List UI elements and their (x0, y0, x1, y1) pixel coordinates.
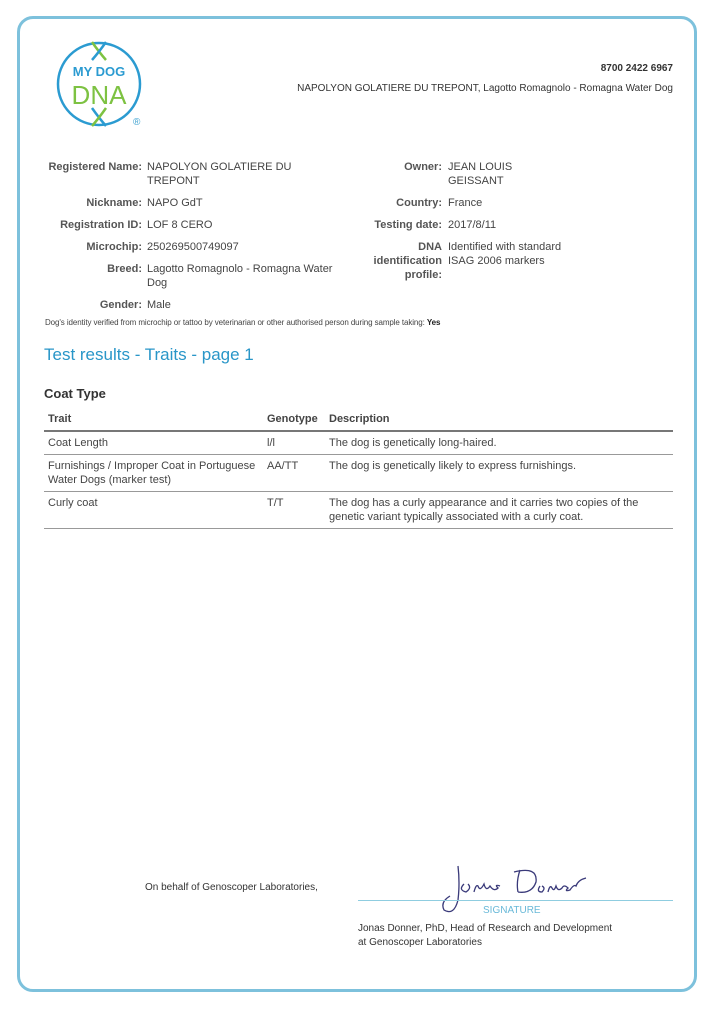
info-row-country: Country: France (364, 196, 588, 210)
info-row-gender: Gender: Male (44, 298, 357, 312)
identity-verification: Dog's identity verified from microchip o… (45, 318, 440, 327)
info-label: Country: (364, 196, 442, 210)
section-coat-type: Coat Type (44, 386, 106, 401)
signature-line (358, 900, 673, 901)
genotype-cell: l/l (263, 431, 325, 455)
info-value: Lagotto Romagnolo - Romagna Water Dog (147, 262, 352, 290)
table-row: Curly coat T/T The dog has a curly appea… (44, 492, 673, 529)
info-value: 250269500749097 (147, 240, 357, 254)
info-value: LOF 8 CERO (147, 218, 357, 232)
info-row-testing-date: Testing date: 2017/8/11 (364, 218, 588, 232)
description-cell: The dog is genetically likely to express… (325, 455, 673, 492)
info-value: NAPOLYON GOLATIERE DU TREPONT (147, 160, 317, 188)
table-header-row: Trait Genotype Description (44, 410, 673, 431)
trait-cell: Furnishings / Improper Coat in Portugues… (44, 455, 263, 492)
trait-cell: Coat Length (44, 431, 263, 455)
column-trait: Trait (44, 410, 263, 431)
table-row: Furnishings / Improper Coat in Portugues… (44, 455, 673, 492)
info-row-owner: Owner: JEAN LOUIS GEISSANT (364, 160, 538, 188)
genotype-cell: T/T (263, 492, 325, 529)
info-label: Nickname: (44, 196, 142, 210)
description-cell: The dog is genetically long-haired. (325, 431, 673, 455)
table-row: Coat Length l/l The dog is genetically l… (44, 431, 673, 455)
on-behalf-text: On behalf of Genoscoper Laboratories, (145, 882, 318, 893)
info-label: DNA identification profile: (364, 240, 442, 282)
info-label: Registration ID: (44, 218, 142, 232)
info-value: NAPO GdT (147, 196, 357, 210)
column-genotype: Genotype (263, 410, 325, 431)
registered-mark: ® (133, 117, 140, 128)
info-label: Registered Name: (44, 160, 142, 188)
info-value: 2017/8/11 (448, 218, 588, 232)
logo-line2: DNA (72, 80, 128, 110)
trait-cell: Curly coat (44, 492, 263, 529)
info-row-registered-name: Registered Name: NAPOLYON GOLATIERE DU T… (44, 160, 317, 188)
results-title: Test results - Traits - page 1 (44, 345, 254, 365)
info-value: JEAN LOUIS GEISSANT (448, 160, 538, 188)
traits-table: Trait Genotype Description Coat Length l… (44, 410, 673, 529)
info-value: Male (147, 298, 357, 312)
header-subtitle: NAPOLYON GOLATIERE DU TREPONT, Lagotto R… (297, 83, 673, 94)
info-row-breed: Breed: Lagotto Romagnolo - Romagna Water… (44, 262, 352, 290)
info-label: Breed: (44, 262, 142, 290)
my-dog-dna-logo: MY DOG DNA (54, 38, 144, 130)
column-description: Description (325, 410, 673, 431)
info-value: Identified with standard ISAG 2006 marke… (448, 240, 578, 282)
verification-text: Dog's identity verified from microchip o… (45, 318, 425, 327)
signer-line1: Jonas Donner, PhD, Head of Research and … (358, 922, 678, 936)
logo-line1: MY DOG (73, 64, 126, 79)
info-row-microchip: Microchip: 250269500749097 (44, 240, 357, 254)
description-cell: The dog has a curly appearance and it ca… (325, 492, 673, 529)
certificate-number: 8700 2422 6967 (601, 63, 673, 74)
genotype-cell: AA/TT (263, 455, 325, 492)
info-label: Microchip: (44, 240, 142, 254)
info-label: Testing date: (364, 218, 442, 232)
info-label: Owner: (364, 160, 442, 188)
signer-info: Jonas Donner, PhD, Head of Research and … (358, 922, 678, 950)
verification-answer: Yes (427, 318, 441, 327)
info-row-dna-profile: DNA identification profile: Identified w… (364, 240, 578, 282)
signature-label: SIGNATURE (483, 905, 541, 916)
info-row-nickname: Nickname: NAPO GdT (44, 196, 357, 210)
info-label: Gender: (44, 298, 142, 312)
info-value: France (448, 196, 588, 210)
signer-line2: at Genoscoper Laboratories (358, 936, 678, 950)
info-row-registration-id: Registration ID: LOF 8 CERO (44, 218, 357, 232)
